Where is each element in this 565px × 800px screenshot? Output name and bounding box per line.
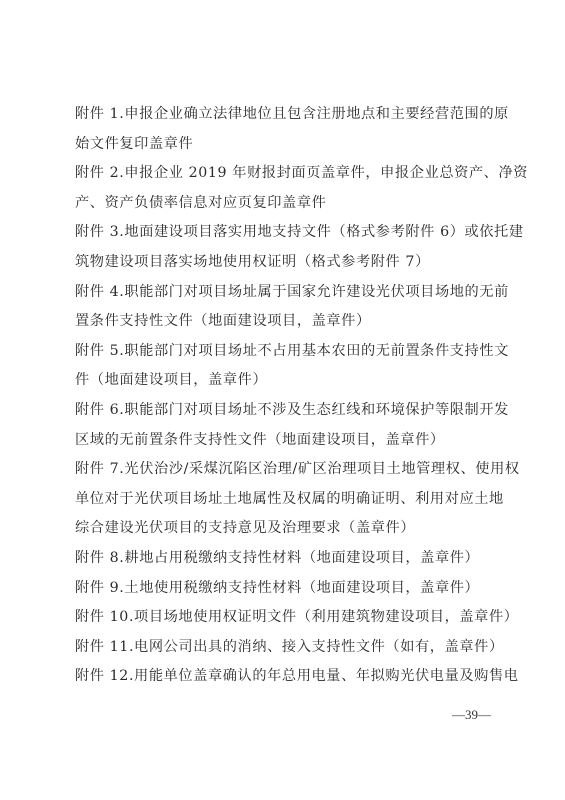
text-line: 产、资产负债率信息对应页复印盖章件 bbox=[75, 189, 497, 219]
text-line: 区域的无前置条件支持性文件（地面建设项目，盖章件） bbox=[75, 426, 497, 456]
text-line: 附件 10.项目场地使用权证明文件（利用建筑物建设项目，盖章件） bbox=[75, 603, 497, 633]
page-number: —39— bbox=[452, 707, 491, 723]
text-line: 置条件支持性文件（地面建设项目，盖章件） bbox=[75, 307, 497, 337]
text-line: 附件 8.耕地占用税缴纳支持性材料（地面建设项目，盖章件） bbox=[75, 544, 497, 574]
text-line: 始文件复印盖章件 bbox=[75, 130, 497, 160]
text-line: 附件 3.地面建设项目落实用地支持文件（格式参考附件 6）或依托建 bbox=[75, 218, 497, 248]
text-line: 附件 11.电网公司出具的消纳、接入支持性文件（如有，盖章件） bbox=[75, 633, 497, 663]
text-line: 附件 4.职能部门对项目场址属于国家允许建设光伏项目场地的无前 bbox=[75, 278, 497, 308]
text-line: 附件 5.职能部门对项目场址不占用基本农田的无前置条件支持性文 bbox=[75, 337, 497, 367]
text-line: 附件 6.职能部门对项目场址不涉及生态红线和环境保护等限制开发 bbox=[75, 396, 497, 426]
text-line: 附件 9.土地使用税缴纳支持性材料（地面建设项目，盖章件） bbox=[75, 574, 497, 604]
text-line: 综合建设光伏项目的支持意见及治理要求（盖章件） bbox=[75, 514, 497, 544]
text-line: 附件 7.光伏治沙/采煤沉陷区治理/矿区治理项目土地管理权、使用权 bbox=[75, 455, 497, 485]
text-line: 单位对于光伏项目场址土地属性及权属的明确证明、利用对应土地 bbox=[75, 485, 497, 515]
text-line: 筑物建设项目落实场地使用权证明（格式参考附件 7） bbox=[75, 248, 497, 278]
document-body: 附件 1.申报企业确立法律地位且包含注册地点和主要经营范围的原 始文件复印盖章件… bbox=[75, 100, 497, 692]
text-line: 附件 1.申报企业确立法律地位且包含注册地点和主要经营范围的原 bbox=[75, 100, 497, 130]
text-line: 附件 12.用能单位盖章确认的年总用电量、年拟购光伏电量及购售电 bbox=[75, 662, 497, 692]
text-line: 件（地面建设项目，盖章件） bbox=[75, 366, 497, 396]
text-line: 附件 2.申报企业 2019 年财报封面页盖章件，申报企业总资产、净资 bbox=[75, 159, 497, 189]
